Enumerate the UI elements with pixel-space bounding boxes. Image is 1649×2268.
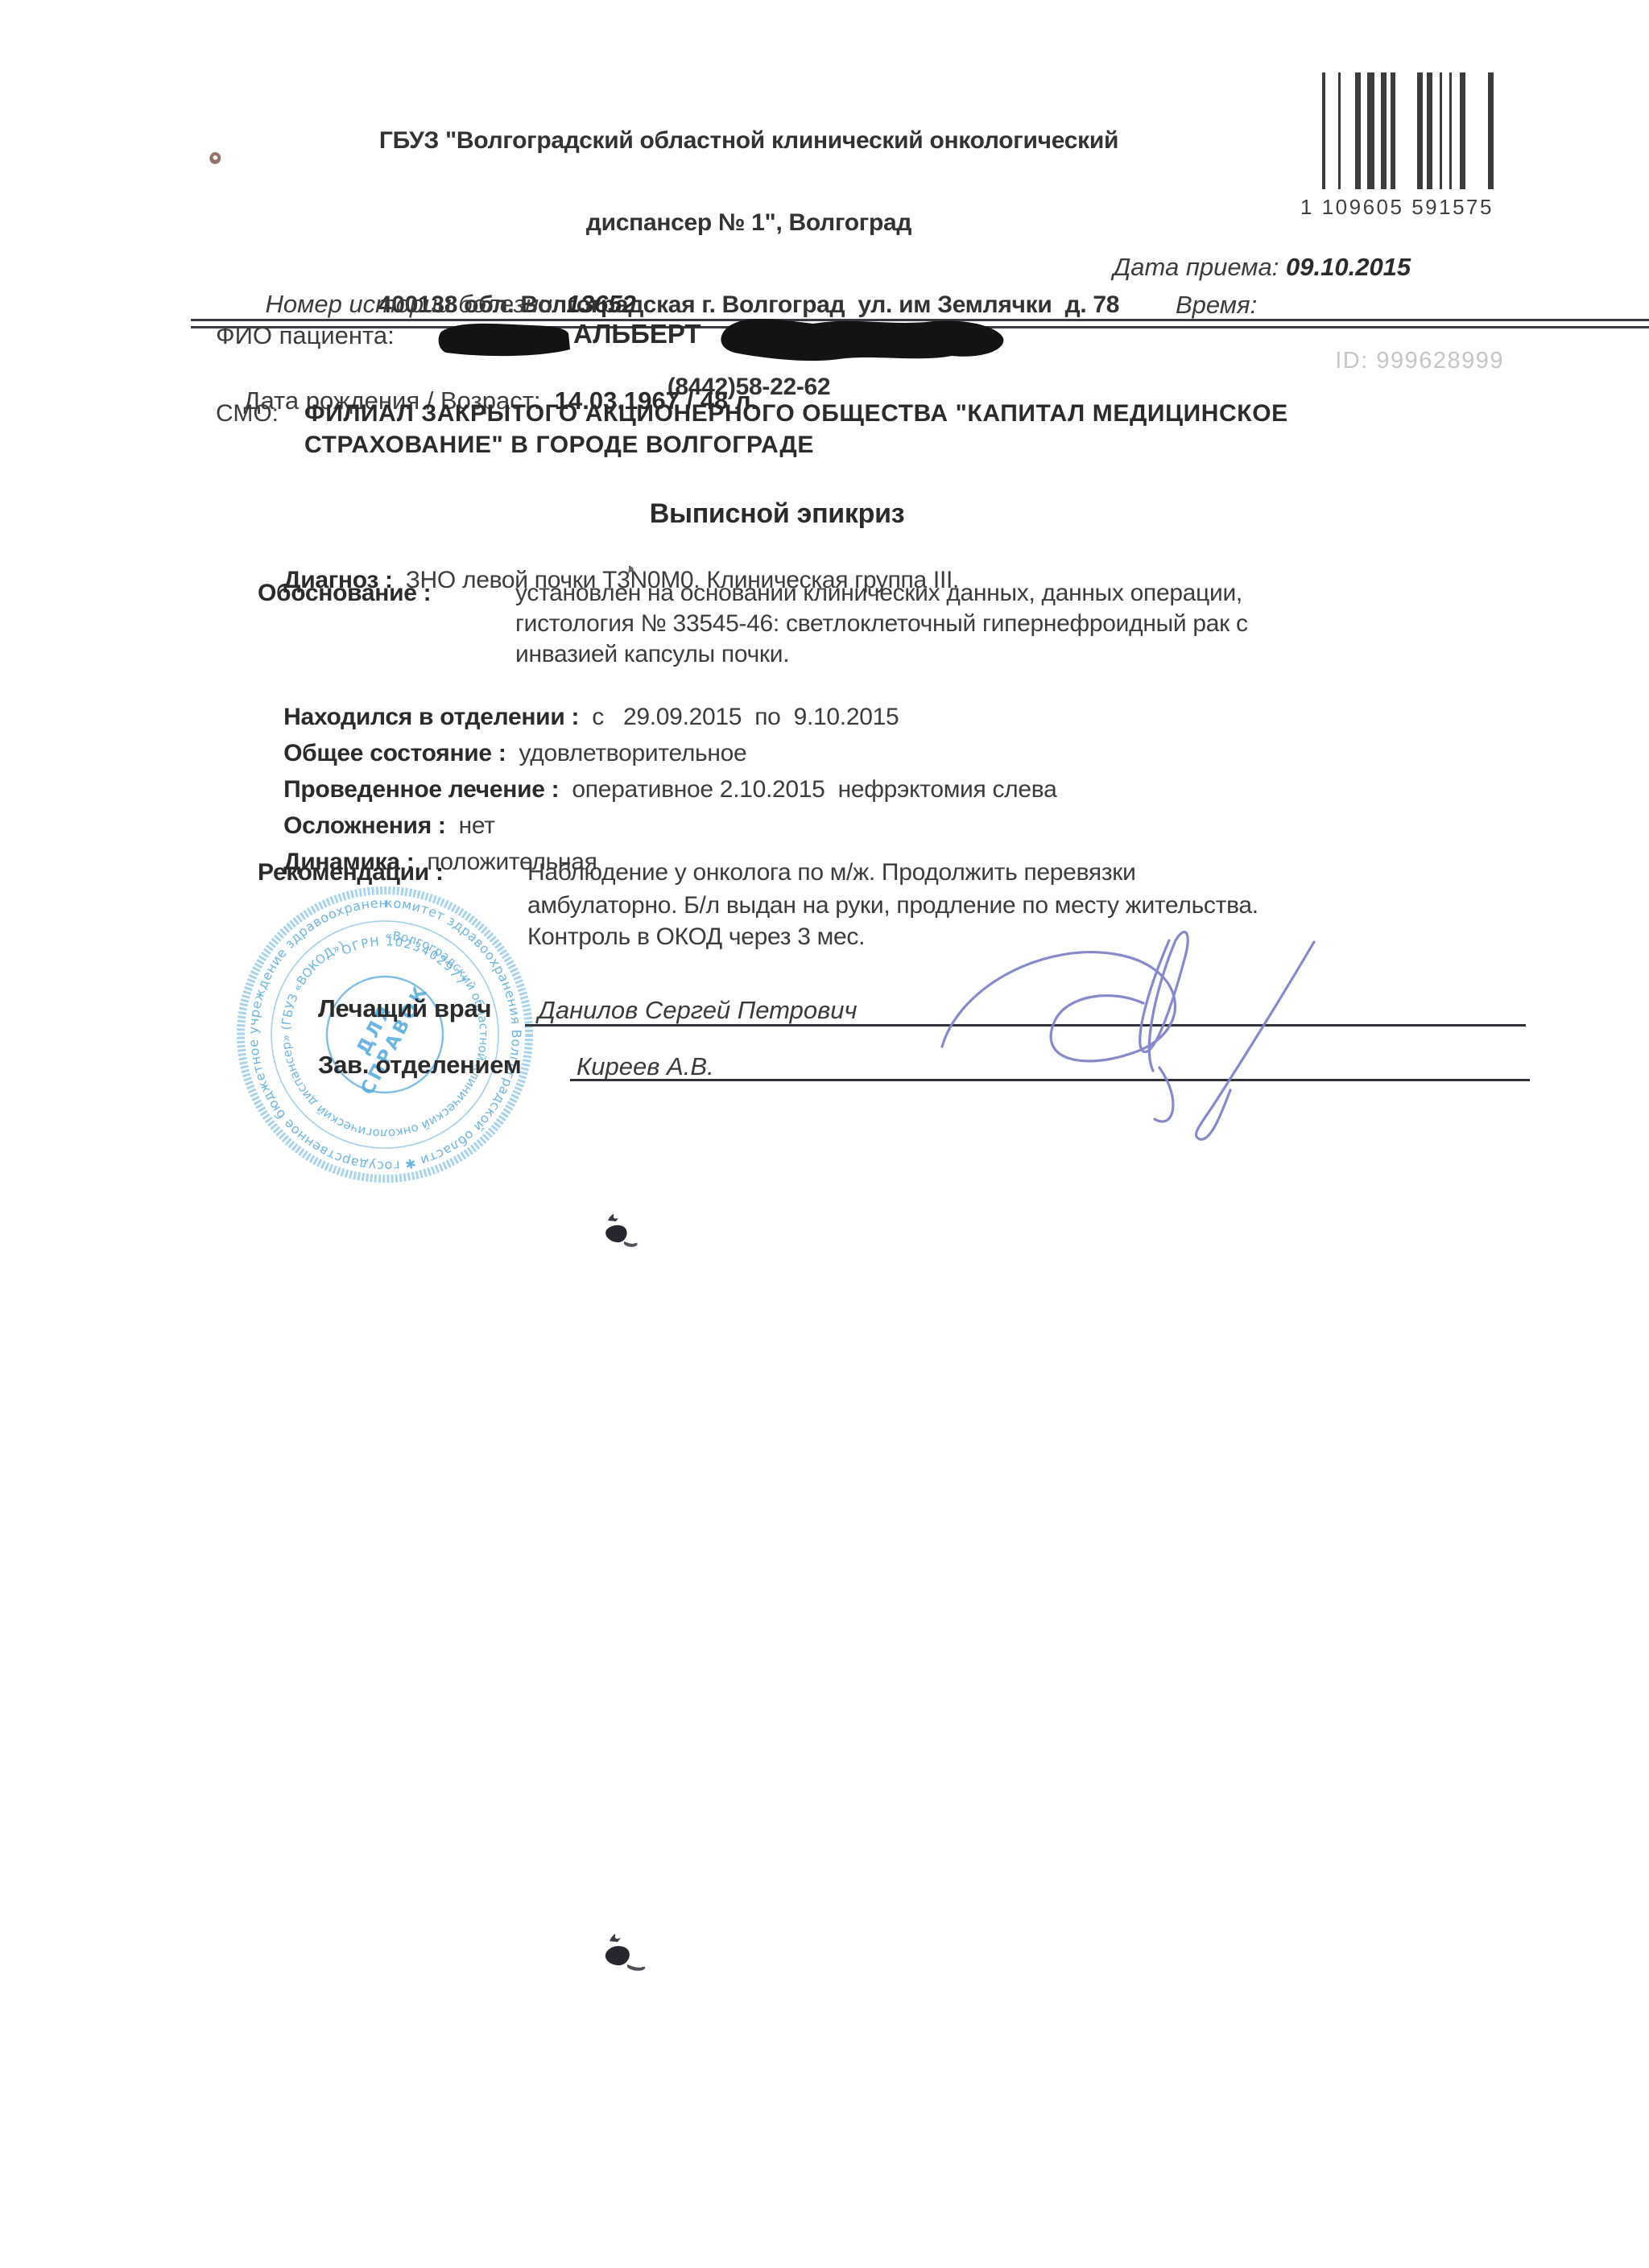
patient-name-label: ФИО пациента: (216, 322, 395, 349)
recommendations-line: Наблюдение у онколога по м/ж. Продолжить… (527, 860, 1136, 886)
justification-label: Обоснование : (258, 580, 431, 606)
scanned-discharge-summary: ГБУЗ "Волгоградский областной клинически… (0, 0, 1649, 2268)
head-of-department-label: Зав. отделением (318, 1051, 521, 1078)
admission-date-label: Дата приема: (1113, 253, 1279, 281)
patient-name-redaction (435, 316, 1008, 367)
smo-line1: ФИЛИАЛ ЗАКРЫТОГО АКЦИОНЕРНОГО ОБЩЕСТВА "… (304, 401, 1288, 427)
head-of-department-name: Киреев А.В. (577, 1053, 714, 1080)
treatment-value: оперативное 2.10.2015 нефрэктомия слева (572, 776, 1056, 803)
patient-id-value: 999628999 (1376, 348, 1504, 374)
barcode (1320, 72, 1498, 189)
justification-line: гистология № 33545-46: светлоклеточный г… (515, 611, 1248, 637)
ink-speck (205, 149, 225, 168)
history-number-label: Номер истории болезни: (265, 290, 559, 318)
history-number-value: 13652 (567, 290, 636, 318)
round-stamp: комитет здравоохранения Волгоградской об… (224, 874, 546, 1196)
smo-label: СМО: (216, 401, 279, 427)
stamp-middle-text: «Волгоградский областной клинический онк… (279, 928, 491, 1141)
handwritten-signature (821, 908, 1385, 1150)
patient-id: ID: 999628999 (1304, 324, 1504, 399)
svg-text:«Волгоградский областной клини: «Волгоградский областной клинический онк… (279, 928, 491, 1141)
barcode-number: 1 109605 591575 (1292, 196, 1502, 218)
time-label: Время: (1176, 291, 1257, 318)
org-name-line1: ГБУЗ "Волгоградский областной клинически… (105, 127, 1393, 155)
attending-doctor-name: Данилов Сергей Петрович (538, 997, 858, 1023)
justification-line: установлен на основании клинических данн… (515, 580, 1242, 606)
attending-doctor-label: Лечащий врач (318, 995, 491, 1022)
admission-date-value: 09.10.2015 (1286, 253, 1411, 281)
document-title: Выписной эпикриз (0, 499, 1554, 529)
justification-line: инвазией капсулы почки. (515, 642, 789, 667)
ink-blot (592, 1928, 656, 1981)
smo-line2: СТРАХОВАНИЕ" В ГОРОДЕ ВОЛГОГРАДЕ (304, 432, 814, 458)
recommendations-line: Контроль в ОКОД через 3 мес. (527, 924, 865, 950)
patient-id-label: ID: (1335, 348, 1369, 374)
ink-blot (592, 1209, 648, 1258)
ink-speck (626, 564, 637, 576)
